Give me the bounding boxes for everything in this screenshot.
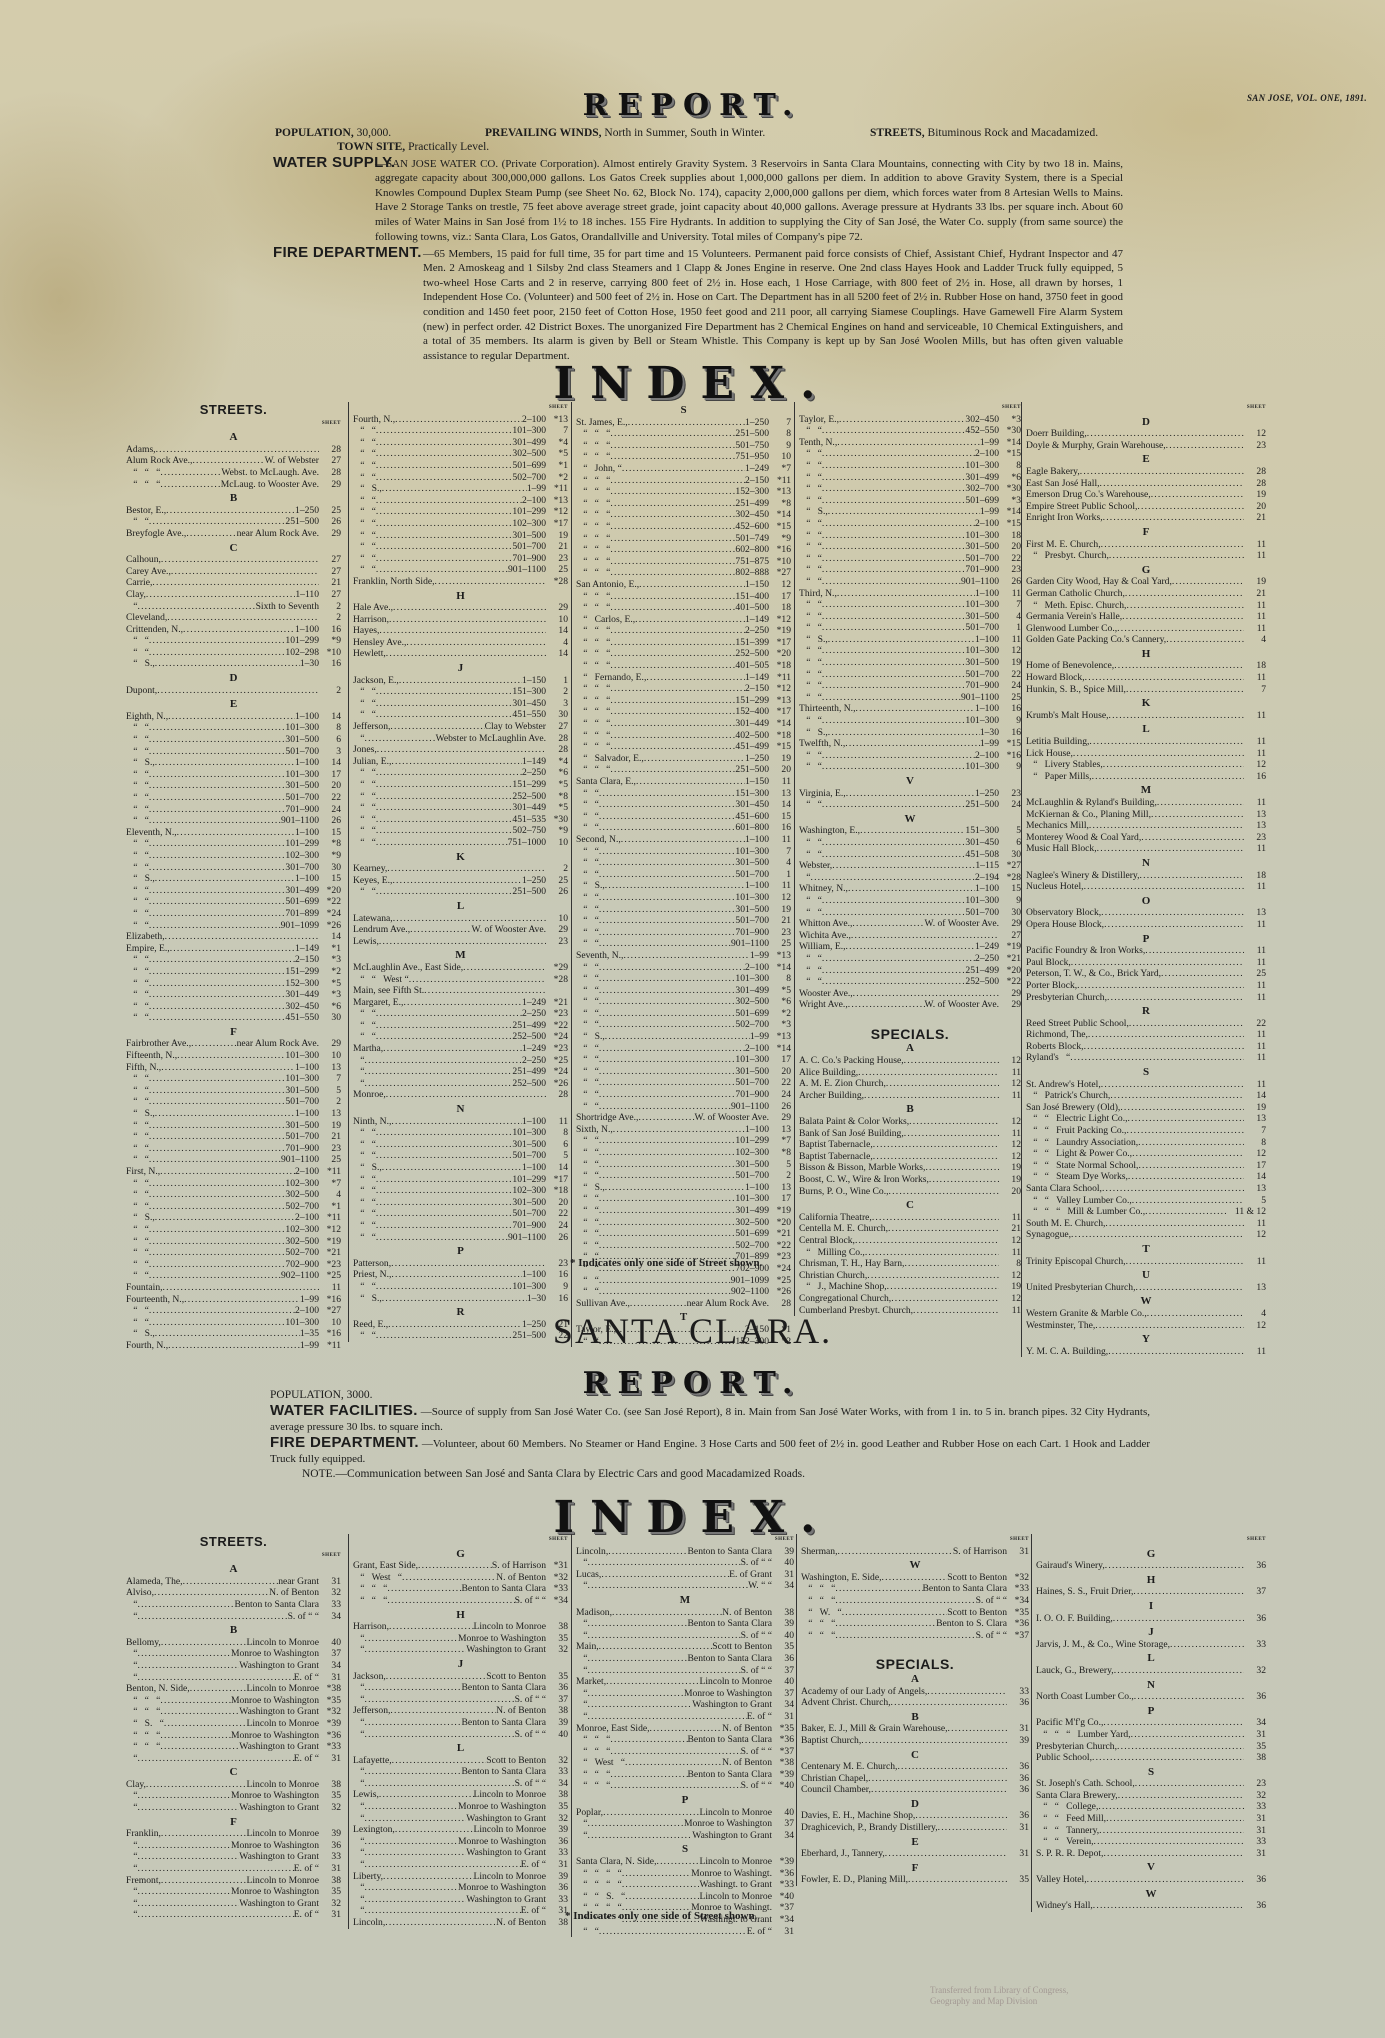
entry-sheet: *1 xyxy=(319,943,341,955)
entry-name: California Theatre, xyxy=(799,1212,872,1224)
entry-name: Krumb's Malt House, xyxy=(1026,710,1108,722)
entry-name: Centella M. E. Church, xyxy=(799,1223,888,1235)
leader-dots xyxy=(379,936,546,948)
entry-name: “ “ xyxy=(576,788,599,800)
leader-dots xyxy=(376,709,513,721)
index-entry: Observatory Block,13 xyxy=(1026,907,1266,919)
sc-population: POPULATION, 3000. xyxy=(270,1388,373,1402)
leader-dots xyxy=(904,1128,999,1140)
leader-dots xyxy=(146,1779,247,1791)
index-entry: Seventh, N.,1–99*13 xyxy=(576,950,791,962)
index-entry: “ “501–70022 xyxy=(799,553,1021,565)
entry-name: “ “ xyxy=(576,1217,599,1229)
index-entry: “Washington to Grant32 xyxy=(126,1802,341,1814)
leader-dots xyxy=(636,776,745,788)
entry-sheet: *39 xyxy=(772,1769,794,1781)
entry-name: “ xyxy=(126,1790,137,1802)
entry-sheet: 35 xyxy=(319,1886,341,1898)
entry-range: 1–250 xyxy=(745,753,769,765)
index-entry: Cleveland,2 xyxy=(126,612,341,624)
leader-dots xyxy=(599,822,736,834)
entry-range: 502–700 xyxy=(512,472,546,484)
index-entry: “ “2–100*14 xyxy=(576,962,791,974)
entry-sheet: 11 xyxy=(1244,797,1266,809)
index-entry: “W. “ “34 xyxy=(576,1580,794,1592)
entry-range: 101–300 xyxy=(285,1050,319,1062)
leader-dots xyxy=(376,837,508,849)
entry-sheet: 37 xyxy=(772,1665,794,1677)
entry-sheet: 21 xyxy=(999,1223,1021,1235)
entry-name: Lewis, xyxy=(353,936,379,948)
entry-name: Kearney, xyxy=(353,863,387,875)
entry-name: “ “ xyxy=(126,1178,149,1190)
entry-name: Hayes, xyxy=(353,625,379,637)
index-entry: “ “ Tannery,31 xyxy=(1036,1825,1266,1837)
index-entry: Eberhard, J., Tannery,31 xyxy=(801,1848,1029,1860)
entry-sheet: *33 xyxy=(319,1741,341,1753)
entry-name: “ “ xyxy=(799,849,822,861)
leader-dots xyxy=(625,1891,699,1903)
entry-sheet: 29 xyxy=(546,924,568,936)
entry-name: “ “ xyxy=(576,973,599,985)
index-entry: “ S.,1–10013 xyxy=(576,1182,791,1194)
entry-sheet: *8 xyxy=(319,838,341,850)
entry-name: “ “ xyxy=(126,815,149,827)
entry-name: “ “ xyxy=(126,1236,149,1248)
entry-name: Council Chamber, xyxy=(801,1784,871,1796)
entry-name: “ “ xyxy=(126,1073,149,1085)
entry-sheet: 2 xyxy=(319,612,341,624)
entry-sheet: 7 xyxy=(769,417,791,429)
entry-range: 101–300 xyxy=(965,530,999,542)
leader-dots xyxy=(587,1688,683,1700)
entry-name: “ J., Machine Shop, xyxy=(799,1281,887,1293)
entry-name: “ xyxy=(353,1847,364,1859)
entry-sheet: *13 xyxy=(546,495,568,507)
entry-sheet: 11 xyxy=(769,880,791,892)
leader-dots xyxy=(387,1583,461,1595)
entry-sheet: 26 xyxy=(546,1232,568,1244)
entry-name: Julian, E., xyxy=(353,756,391,768)
index-entry: “ “101–299*8 xyxy=(126,838,341,850)
entry-sheet: 38 xyxy=(546,1705,568,1717)
index-entry: “Washington to Grant33 xyxy=(353,1847,568,1859)
entry-range: 302–500 xyxy=(285,1189,319,1201)
entry-sheet: 11 xyxy=(1244,710,1266,722)
leader-dots xyxy=(599,1066,736,1078)
index-entry: Latewana,10 xyxy=(353,913,568,925)
leader-dots xyxy=(599,788,736,800)
leader-dots xyxy=(610,730,735,742)
entry-name: “ xyxy=(126,1886,137,1898)
index-entry: “ “ “252–500*20 xyxy=(576,648,791,660)
leader-dots xyxy=(364,1778,514,1790)
entry-range: 101–300 xyxy=(285,722,319,734)
entry-sheet: 25 xyxy=(1244,968,1266,980)
entry-sheet: *12 xyxy=(769,614,791,626)
leader-dots xyxy=(149,1201,286,1213)
leader-dots xyxy=(610,1746,740,1758)
leader-dots xyxy=(897,1761,1007,1773)
leader-dots xyxy=(822,553,966,565)
index-entry: “ “101–30012 xyxy=(799,645,1021,657)
entry-range: 101–299 xyxy=(512,1174,546,1186)
entry-sheet: 38 xyxy=(546,1621,568,1633)
entry-sheet: 40 xyxy=(319,1637,341,1649)
leader-dots xyxy=(364,1847,466,1859)
entry-name: Jefferson, xyxy=(353,1705,390,1717)
index-entry: “ “502–700*3 xyxy=(576,1019,791,1031)
entry-name: Bank of San José Building, xyxy=(799,1128,904,1140)
entry-name: “ “ xyxy=(799,761,822,773)
index-entry: “ Paper Mills,16 xyxy=(1026,771,1266,783)
entry-range: 1–249 xyxy=(975,941,999,953)
leader-dots xyxy=(610,591,735,603)
entry-name: “ “ “ xyxy=(576,567,610,579)
entry-sheet: 4 xyxy=(999,611,1021,623)
entry-name: Clay, xyxy=(126,1779,146,1791)
leader-dots xyxy=(149,780,286,792)
leader-dots xyxy=(1094,1836,1244,1848)
entry-name: “ xyxy=(576,1580,587,1592)
entry-sheet xyxy=(546,985,568,997)
entry-range: 301–700 xyxy=(285,862,319,874)
index-entry: “ “ “751–95010 xyxy=(576,451,791,463)
entry-name: Presbyterian Church, xyxy=(1036,1741,1117,1753)
entry-sheet: 11 xyxy=(999,1128,1021,1140)
entry-sheet: 11 xyxy=(999,1090,1021,1102)
entry-sheet: 18 xyxy=(1244,660,1266,672)
entry-sheet: *25 xyxy=(319,1270,341,1282)
leader-dots xyxy=(387,863,546,875)
leader-dots xyxy=(1088,1029,1244,1041)
entry-range: 901–1099 xyxy=(281,920,319,932)
index-entry: “ “101–3007 xyxy=(576,846,791,858)
index-entry: “E. of “31 xyxy=(126,1863,341,1875)
entry-name: “ “ xyxy=(353,1281,376,1293)
entry-range: 102–300 xyxy=(735,1147,769,1159)
entry-name: Fourth, N., xyxy=(353,414,395,426)
leader-dots xyxy=(376,1020,513,1032)
leader-dots xyxy=(599,811,736,823)
leader-dots xyxy=(149,1085,286,1097)
leader-dots xyxy=(599,1054,736,1066)
entry-sheet: 31 xyxy=(772,1926,794,1938)
leader-dots xyxy=(842,1607,948,1619)
index-entry: “ “301–50019 xyxy=(126,1120,341,1132)
entry-sheet: 2 xyxy=(546,863,568,875)
entry-name: Lexington, xyxy=(353,1824,395,1836)
index-entry: Widney's Hall,36 xyxy=(1036,1900,1266,1912)
entry-name: “ “ xyxy=(353,425,376,437)
entry-range: 1–99 xyxy=(750,950,769,962)
entry-name: “ “ xyxy=(126,769,149,781)
entry-range: 1–100 xyxy=(975,634,999,646)
entry-name: Baptist Tabernacle, xyxy=(799,1151,873,1163)
entry-sheet: *19 xyxy=(999,941,1021,953)
atlas-page: SAN JOSE, VOL. ONE, 1891. REPORT. POPULA… xyxy=(0,0,1385,2038)
entry-range: N. of Benton xyxy=(722,1723,772,1735)
leader-dots xyxy=(1103,1717,1244,1729)
index-entry: Ryland's “11 xyxy=(1026,1052,1266,1064)
leader-dots xyxy=(160,1695,231,1707)
entry-range: S. of “ “ xyxy=(515,1778,546,1790)
index-entry: “ Salvador, E.,1–25019 xyxy=(576,753,791,765)
index-entry: Taylor, E.,302–450*3 xyxy=(799,414,1021,426)
index-entry: Main,Scott to Benton35 xyxy=(576,1641,794,1653)
entry-sheet: 22 xyxy=(1244,1018,1266,1030)
entry-name: Second, N., xyxy=(576,834,621,846)
entry-name: “ Fernando, E., xyxy=(576,672,646,684)
leader-dots xyxy=(822,495,966,507)
entry-name: “ “ xyxy=(126,920,149,932)
leader-dots xyxy=(1105,1218,1244,1230)
entry-range: 301–449 xyxy=(512,802,546,814)
index-entry: “ “501–70021 xyxy=(576,915,791,927)
entry-range: McLaug. to Wooster Ave. xyxy=(221,479,319,491)
leader-dots xyxy=(383,1043,522,1055)
entry-sheet: 12 xyxy=(999,1151,1021,1163)
leader-dots xyxy=(376,425,513,437)
entry-name: Virginia, E., xyxy=(799,788,846,800)
leader-dots xyxy=(860,825,965,837)
index-entry: “ “101–3008 xyxy=(576,973,791,985)
entry-sheet: 11 xyxy=(319,1282,341,1294)
leader-dots xyxy=(599,1135,736,1147)
entry-name: Academy of our Lady of Angels, xyxy=(801,1686,927,1698)
entry-sheet: 37 xyxy=(772,1818,794,1830)
entry-name: Hunkin, S. B., Spice Mill, xyxy=(1026,684,1126,696)
entry-sheet: 32 xyxy=(546,1644,568,1656)
entry-sheet: 12 xyxy=(769,892,791,904)
index-entry: Priest, N.,1–10016 xyxy=(353,1269,568,1281)
entry-range: Lincoln to Monroe xyxy=(247,1683,319,1695)
entry-name: Madison, xyxy=(576,1607,612,1619)
leader-dots xyxy=(376,1197,513,1209)
leader-dots xyxy=(822,460,966,472)
entry-sheet: 14 xyxy=(546,1162,568,1174)
entry-range: 2–100 xyxy=(295,1212,319,1224)
leader-dots xyxy=(605,1031,750,1043)
index-entry: “ “501–699*3 xyxy=(799,495,1021,507)
index-entry: Monroe,28 xyxy=(353,1089,568,1101)
index-entry: Balata Paint & Color Works,12 xyxy=(799,1116,1021,1128)
entry-name: “ “ xyxy=(126,1131,149,1143)
water-supply-text: —SAN JOSE WATER CO. (Private Corporation… xyxy=(273,157,1123,245)
leader-dots xyxy=(599,962,745,974)
entry-range: 301–500 xyxy=(512,1139,546,1151)
index-entry: “ “302–500*20 xyxy=(576,1217,791,1229)
alphabet-letter-heading: H xyxy=(1036,1575,1266,1587)
leader-dots xyxy=(622,1868,691,1880)
leader-dots xyxy=(855,703,975,715)
entry-sheet: 31 xyxy=(1244,1729,1266,1741)
entry-sheet: 13 xyxy=(769,1124,791,1136)
entry-name: “ xyxy=(799,872,810,884)
leader-dots xyxy=(149,1001,286,1013)
entry-name: Burns, P. O., Wine Co., xyxy=(799,1186,889,1198)
entry-range: 302–700 xyxy=(965,483,999,495)
entry-sheet: *16 xyxy=(319,1294,341,1306)
entry-sheet: 15 xyxy=(319,827,341,839)
index-entry: St. Andrew's Hotel,11 xyxy=(1026,1079,1266,1091)
index-entry: “ “902–1100*25 xyxy=(126,1270,341,1282)
leader-dots xyxy=(376,767,522,779)
entry-name: “ “ “ xyxy=(576,648,610,660)
leader-dots xyxy=(599,1240,736,1252)
alphabet-letter-heading: D xyxy=(1026,417,1266,429)
entry-sheet: 40 xyxy=(772,1807,794,1819)
leader-dots xyxy=(822,965,966,977)
index-entry: “ “ State Normal School,17 xyxy=(1026,1160,1266,1172)
entry-range: Webst. to McLaugh. Ave. xyxy=(221,467,319,479)
entry-sheet: 16 xyxy=(1244,771,1266,783)
leader-dots xyxy=(608,1546,687,1558)
leader-dots xyxy=(382,483,527,495)
entry-range: 501–700 xyxy=(285,1131,319,1143)
leader-dots xyxy=(1103,1848,1244,1860)
entry-range: E. of Grant xyxy=(729,1569,772,1581)
entry-sheet: *35 xyxy=(1007,1607,1029,1619)
entry-name: Davies, E. H., Machine Shop, xyxy=(801,1810,915,1822)
entry-sheet: *9 xyxy=(546,825,568,837)
leader-dots xyxy=(938,1822,1007,1834)
entry-sheet: 29 xyxy=(319,528,341,540)
leader-dots xyxy=(1104,919,1244,931)
index-entry: “Benton to Santa Clara39 xyxy=(353,1717,568,1729)
leader-dots xyxy=(610,509,735,521)
index-entry: Breyfogle Ave.,near Alum Rock Ave.29 xyxy=(126,528,341,540)
leader-dots xyxy=(137,1753,293,1765)
entry-range: Monroe to Washington xyxy=(231,1790,319,1802)
entry-name: Seventh, N., xyxy=(576,950,623,962)
entry-name: “ John, “ xyxy=(576,463,622,475)
entry-range: 501–699 xyxy=(965,495,999,507)
index-entry: Empire Street Public School,20 xyxy=(1026,501,1266,513)
entry-range: 151–300 xyxy=(965,825,999,837)
leader-dots xyxy=(364,1894,466,1906)
sj-footnote: * Indicates only one side of Street show… xyxy=(570,1257,762,1269)
entry-sheet: 1 xyxy=(999,622,1021,634)
entry-sheet: 14 xyxy=(1244,1090,1266,1102)
leader-dots xyxy=(1106,1813,1244,1825)
entry-range: 301–499 xyxy=(285,885,319,897)
entry-range: 802–888 xyxy=(735,567,769,579)
entry-name: “ “ xyxy=(353,472,376,484)
leader-dots xyxy=(463,962,546,974)
fire-department-label: FIRE DEPARTMENT. xyxy=(273,244,422,261)
entry-range: Lincoln to Monroe xyxy=(474,1871,546,1883)
entry-name: “ “ xyxy=(353,1208,376,1220)
index-entry: “ “101–3009 xyxy=(799,715,1021,727)
entry-sheet: 30 xyxy=(999,907,1021,919)
leader-dots xyxy=(155,1108,295,1120)
sj-report-title: REPORT. xyxy=(0,88,1385,123)
leader-dots xyxy=(1101,907,1244,919)
entry-range: Washington to Grant xyxy=(239,1741,319,1753)
index-entry: Davies, E. H., Machine Shop,36 xyxy=(801,1810,1029,1822)
entry-name: “ “ xyxy=(576,857,599,869)
leader-dots xyxy=(192,455,264,467)
leader-dots xyxy=(137,1648,230,1660)
entry-name: “ “ xyxy=(353,1127,376,1139)
index-entry: Kearney,2 xyxy=(353,863,568,875)
entry-range: Lincoln to Monroe xyxy=(700,1856,772,1868)
leader-dots xyxy=(1126,600,1244,612)
entry-name: “ “ xyxy=(353,1020,376,1032)
entry-sheet: *6 xyxy=(546,767,568,779)
entry-name: “ “ “ xyxy=(576,475,610,487)
index-entry: “ “701–90024 xyxy=(353,1220,568,1232)
leader-dots xyxy=(149,885,286,897)
index-entry: “ “901–110026 xyxy=(126,815,341,827)
entry-name: “ West “ xyxy=(576,1757,625,1769)
entry-sheet: 27 xyxy=(319,455,341,467)
entry-range: 1–100 xyxy=(975,588,999,600)
index-column: SHEETGGairaud's Winery,36HHaines, S. S.,… xyxy=(1031,1534,1266,1912)
entry-name: “ “ “ xyxy=(576,730,610,742)
index-entry: Third, N.,1–10011 xyxy=(799,588,1021,600)
entry-name: Howard Block, xyxy=(1026,672,1085,684)
index-entry: “ “102–300*18 xyxy=(353,1185,568,1197)
sj-water-supply: WATER SUPPLY. —SAN JOSE WATER CO. (Priva… xyxy=(273,156,1123,244)
index-entry: Franklin,Lincoln to Monroe39 xyxy=(126,1828,341,1840)
entry-sheet: 17 xyxy=(769,591,791,603)
leader-dots xyxy=(392,1755,487,1767)
entry-sheet: 11 xyxy=(1244,1041,1266,1053)
leader-dots xyxy=(822,715,966,727)
entry-sheet: *14 xyxy=(769,962,791,974)
entry-name: “ “ xyxy=(799,692,822,704)
entry-sheet: *11 xyxy=(319,1166,341,1178)
entry-sheet: 38 xyxy=(319,1779,341,1791)
index-entry: “Sixth to Seventh2 xyxy=(126,601,341,613)
entry-name: Fairbrother Ave., xyxy=(126,1038,191,1050)
entry-name: “ “ xyxy=(353,1139,376,1151)
leader-dots xyxy=(155,873,295,885)
entry-range: 2–100 xyxy=(975,750,999,762)
leader-dots xyxy=(1125,588,1244,600)
entry-sheet: *28 xyxy=(999,872,1021,884)
entry-range: 501–749 xyxy=(735,533,769,545)
index-column: SHEETFourth, N.,2–100*13 “ “101–3007 “ “… xyxy=(348,402,568,1342)
leader-dots xyxy=(828,506,980,518)
entry-range: Lincoln to Monroe xyxy=(700,1676,772,1688)
leader-dots xyxy=(186,528,236,540)
index-entry: “S. of “ “37 xyxy=(576,1665,794,1677)
entry-name: Fountain, xyxy=(126,1282,163,1294)
entry-sheet: *21 xyxy=(769,1228,791,1240)
entry-name: “ xyxy=(353,1894,364,1906)
leader-dots xyxy=(149,1247,286,1259)
entry-name: “ “ “ xyxy=(576,1780,610,1792)
leader-dots xyxy=(1117,1741,1244,1753)
leader-dots xyxy=(376,460,513,472)
entry-name: Eighth, N., xyxy=(126,711,168,723)
entry-name: “ “ xyxy=(126,1012,149,1024)
entry-sheet: 36 xyxy=(1007,1784,1029,1796)
entry-range: 1–100 xyxy=(745,880,769,892)
leader-dots xyxy=(149,1012,286,1024)
index-entry: Keyes, E.,1–25025 xyxy=(353,875,568,887)
index-entry: “ “501–70030 xyxy=(799,907,1021,919)
leader-dots xyxy=(1101,1079,1244,1091)
index-entry: “Washington to Grant34 xyxy=(576,1830,794,1842)
entry-name: “ “ xyxy=(126,1143,149,1155)
leader-dots xyxy=(887,1281,999,1293)
entry-name: Poplar, xyxy=(576,1807,603,1819)
index-entry: “ “251–499*22 xyxy=(353,1020,568,1032)
